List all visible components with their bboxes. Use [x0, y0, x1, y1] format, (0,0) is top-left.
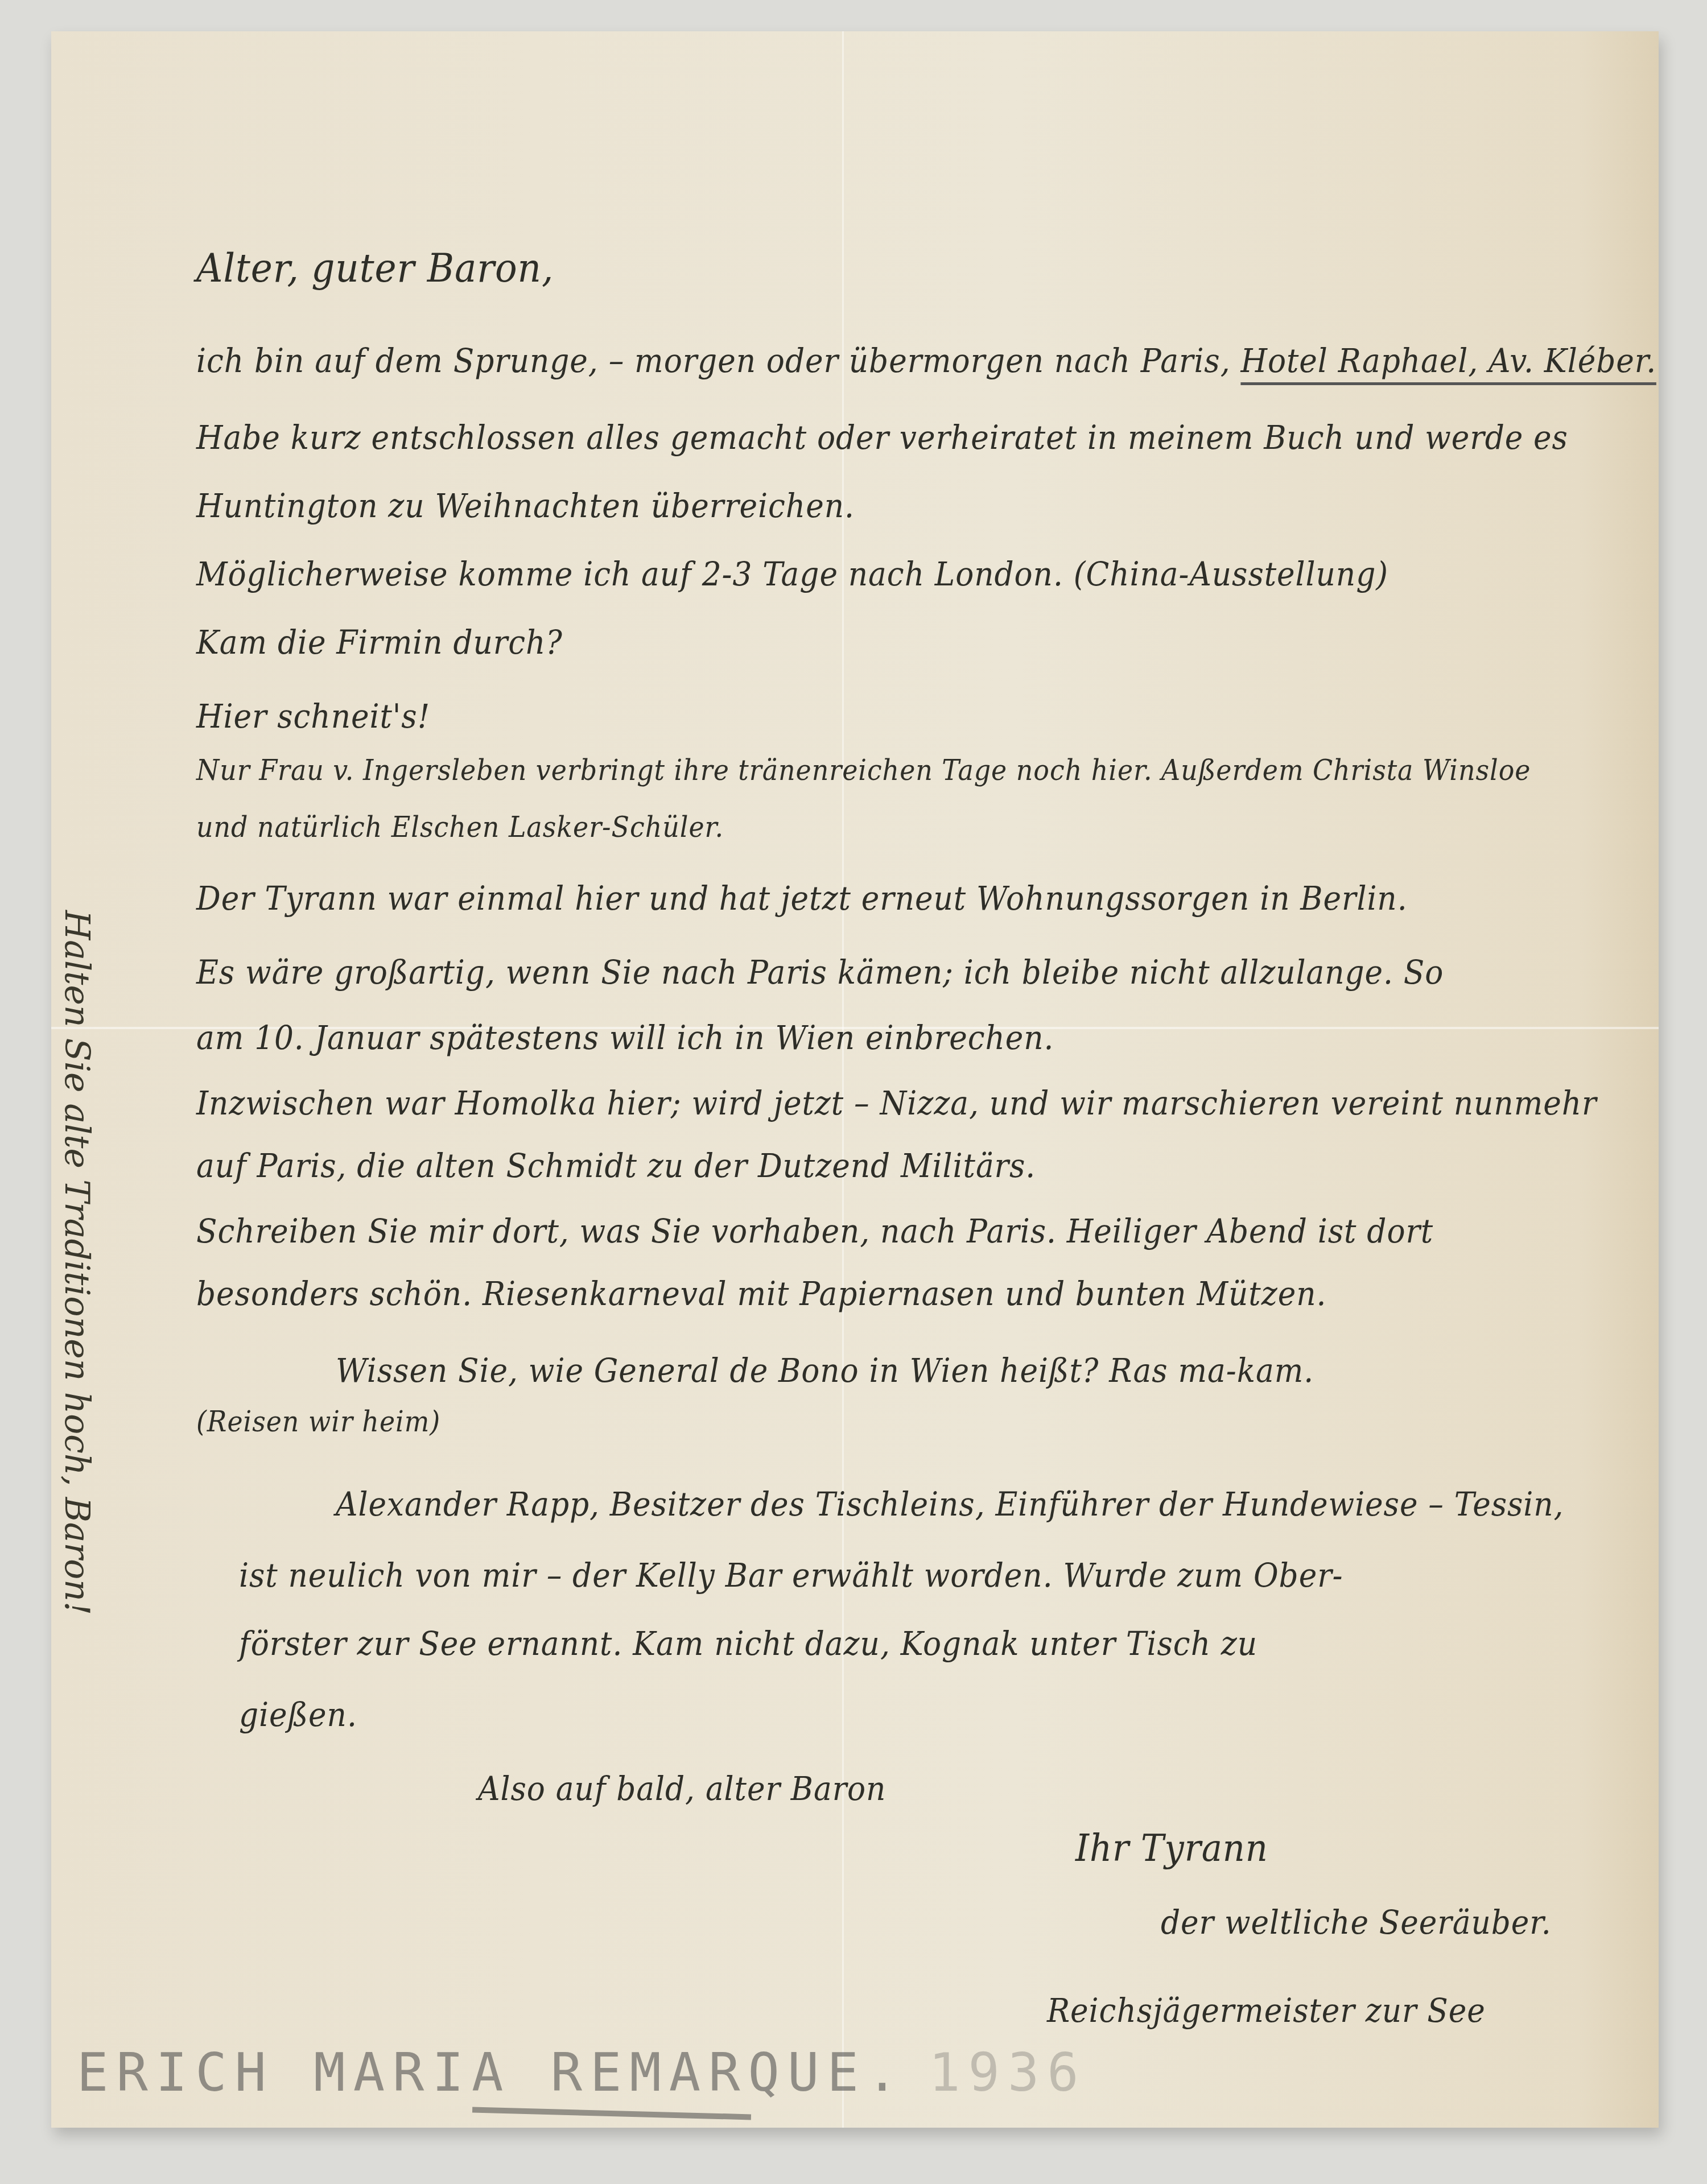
letter-line-20: förster zur See ernannt. Kam nicht dazu,… — [239, 1624, 1257, 1663]
letter-line-1: ich bin auf dem Sprunge, – morgen oder ü… — [196, 341, 1656, 380]
letter-line-4: Möglicherweise komme ich auf 2-3 Tage na… — [196, 555, 1388, 593]
greeting: Alter, guter Baron, — [196, 245, 554, 291]
letter-line-8: und natürlich Elschen Lasker-Schüler. — [196, 811, 724, 844]
stamp-name: ERICH MARIA REMARQUE. — [77, 2042, 906, 2103]
letter-line-13: auf Paris, die alten Schmidt zu der Dutz… — [196, 1146, 1036, 1185]
margin-note-vertical: Halten Sie alte Traditionen hoch, Baron! — [57, 910, 97, 1615]
letter-line-15: besonders schön. Riesenkarneval mit Papi… — [196, 1274, 1326, 1313]
letter-line-18: Alexander Rapp, Besitzer des Tischleins,… — [336, 1485, 1564, 1524]
closing: Also auf bald, alter Baron — [478, 1769, 886, 1808]
letter-line-9: Der Tyrann war einmal hier und hat jetzt… — [196, 879, 1408, 918]
letter-line-5: Kam die Firmin durch? — [196, 623, 563, 662]
letter-line-2: Habe kurz entschlossen alles gemacht ode… — [196, 418, 1568, 457]
letter-line-3: Huntington zu Weihnachten überreichen. — [196, 486, 855, 525]
hotel-address: Hotel Raphael, Av. Kléber. — [1240, 341, 1656, 385]
letter-line-16: Wissen Sie, wie General de Bono in Wien … — [336, 1351, 1314, 1390]
collection-stamp: ERICH MARIA REMARQUE.1936 — [77, 2042, 1087, 2103]
letter-line-14: Schreiben Sie mir dort, was Sie vorhaben… — [196, 1212, 1433, 1250]
letter-line-1-text: ich bin auf dem Sprunge, – morgen oder ü… — [196, 341, 1231, 380]
signature-title: der weltliche Seeräuber. — [1161, 1903, 1552, 1942]
letter-line-7: Nur Frau v. Ingersleben verbringt ihre t… — [196, 754, 1531, 787]
signature-name: Ihr Tyrann — [1075, 1826, 1268, 1870]
letter-line-17: (Reisen wir heim) — [196, 1405, 440, 1438]
signature-rank: Reichsjägermeister zur See — [1047, 1991, 1486, 2030]
letter-line-6: Hier schneit's! — [196, 697, 430, 736]
letter-line-21: gießen. — [239, 1695, 357, 1734]
letter-line-11: am 10. Januar spätestens will ich in Wie… — [196, 1018, 1054, 1057]
letter-line-10: Es wäre großartig, wenn Sie nach Paris k… — [196, 953, 1444, 992]
stamp-year: 1936 — [929, 2042, 1087, 2103]
letter-line-19: ist neulich von mir – der Kelly Bar erwä… — [239, 1556, 1343, 1595]
letter-line-12: Inzwischen war Homolka hier; wird jetzt … — [196, 1084, 1597, 1122]
